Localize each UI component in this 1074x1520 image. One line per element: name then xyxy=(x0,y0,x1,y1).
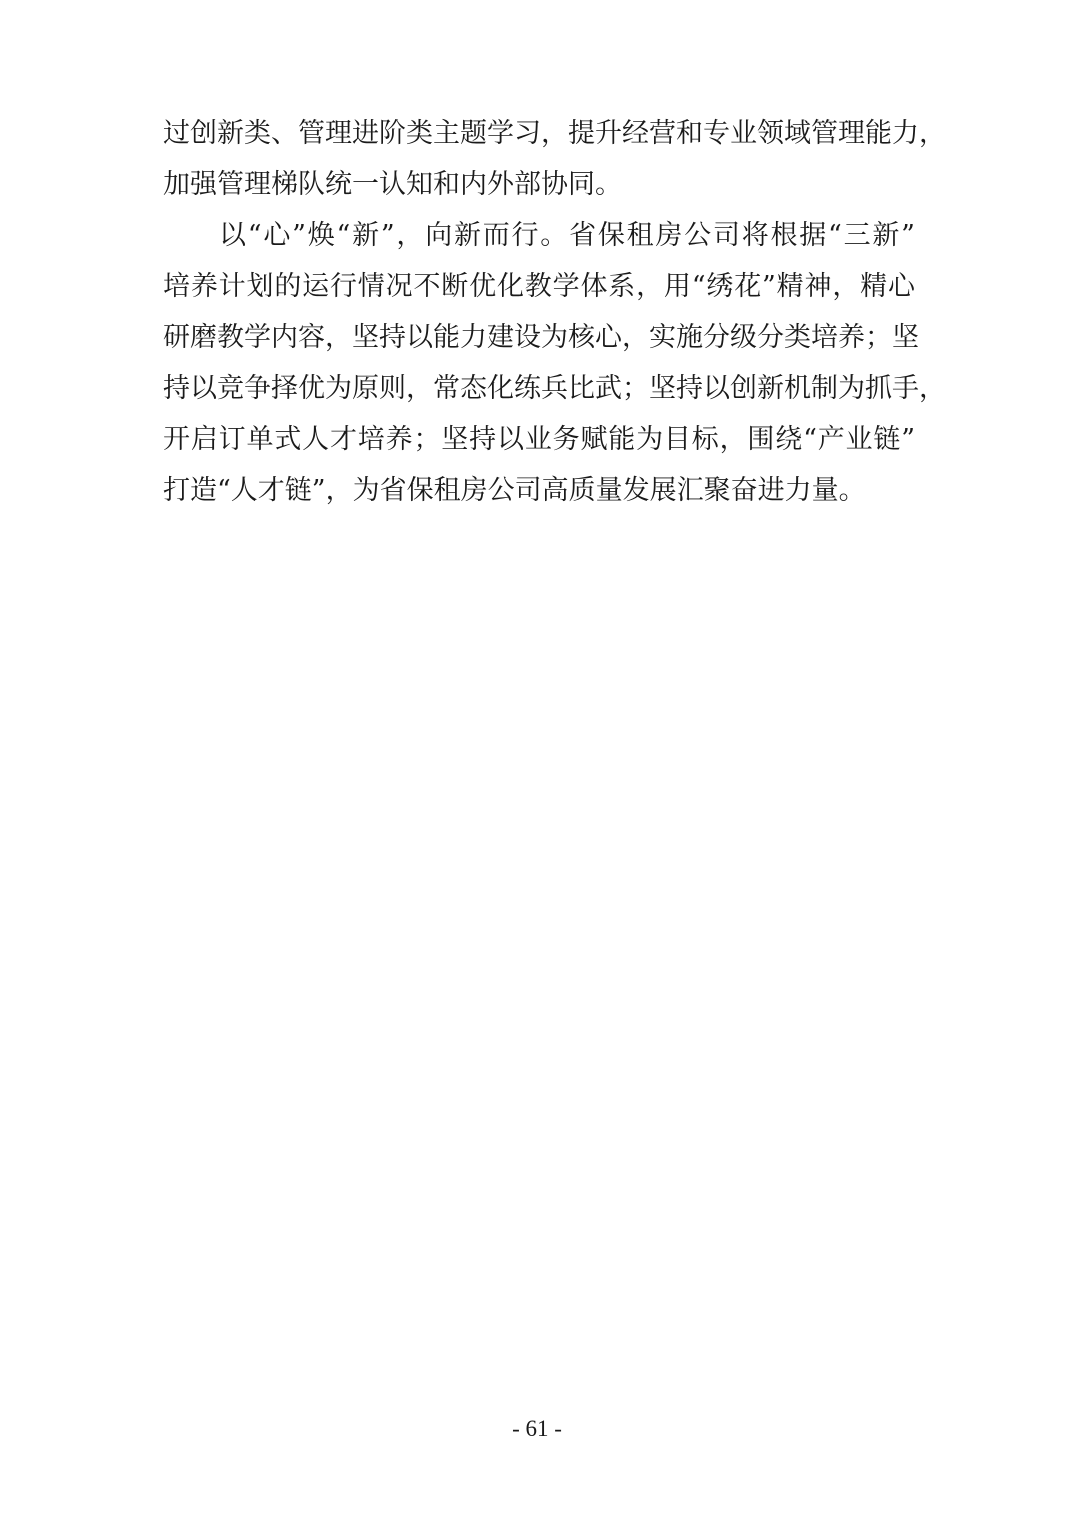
body-text: 过创新类、管理进阶类主题学习，提升经营和专业领域管理能力， 加强管理梯队统一认知… xyxy=(163,108,915,516)
paragraph-2: 以“心”焕“新”，向新而行。省保租房公司将根据“三新” 培养计划的运行情况不断优… xyxy=(163,210,915,516)
text-line: 培养计划的运行情况不断优化教学体系，用“绣花”精神，精心 xyxy=(163,261,915,312)
text-line: 加强管理梯队统一认知和内外部协同。 xyxy=(163,159,915,210)
page-number: - 61 - xyxy=(0,1414,1074,1444)
text-line: 以“心”焕“新”，向新而行。省保租房公司将根据“三新” xyxy=(163,210,915,261)
text-line: 过创新类、管理进阶类主题学习，提升经营和专业领域管理能力， xyxy=(163,108,915,159)
text-line: 打造“人才链”，为省保租房公司高质量发展汇聚奋进力量。 xyxy=(163,465,915,516)
paragraph-1: 过创新类、管理进阶类主题学习，提升经营和专业领域管理能力， 加强管理梯队统一认知… xyxy=(163,108,915,210)
text-line: 开启订单式人才培养；坚持以业务赋能为目标，围绕“产业链” xyxy=(163,414,915,465)
text-line: 持以竞争择优为原则，常态化练兵比武；坚持以创新机制为抓手， xyxy=(163,363,915,414)
text-line: 研磨教学内容，坚持以能力建设为核心，实施分级分类培养；坚 xyxy=(163,312,915,363)
document-page: 过创新类、管理进阶类主题学习，提升经营和专业领域管理能力， 加强管理梯队统一认知… xyxy=(0,0,1074,1520)
